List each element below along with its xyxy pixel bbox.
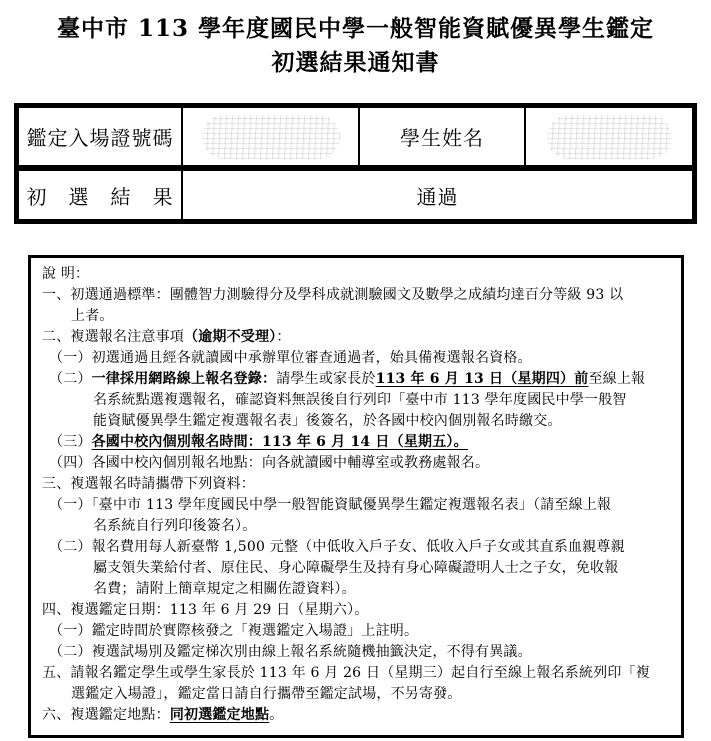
notes-box: 說 明：一、初選通過標準：團體智力測驗得分及學科成就測驗國文及數學之成績均達百分… (28, 255, 684, 738)
notes-text-segment: （四）各國中校內個別報名地點：向各就讀國中輔導室或教務處報名。 (49, 455, 489, 471)
notes-lines: 說 明：一、初選通過標準：團體智力測驗得分及學科成就測驗國文及數學之成績均達百分… (42, 264, 675, 726)
notes-text-segment: 六、複選鑑定地點： (42, 707, 170, 723)
notes-text-segment: 五、請報名鑑定學生或學生家長於 113 年 6 月 26 日（星期三）起自行至線… (42, 665, 650, 681)
notes-text-segment: 四、複選鑑定日期：113 年 6 月 29 日（星期六）。 (42, 602, 369, 618)
notes-text-segment: 能資賦優異學生鑑定複選報名表」後簽名，於各國中校內個別報名時繳交。 (93, 413, 562, 429)
notes-line: （二）報名費用每人新臺幣 1,500 元整（中低收入戶子女、低收入戶子女或其直系… (42, 537, 675, 558)
notes-text-segment: （二）複選試場別及鑑定梯次別由線上報名系統隨機抽籤決定，不得有異議。 (49, 644, 532, 660)
notes-line: （三）各國中校內個別報名時間：113 年 6 月 14 日（星期五）。 (42, 432, 675, 453)
result-table: 鑑定入場證號碼 學生姓名 初 選 結 果 通過 (14, 103, 697, 224)
notes-line: （一）鑑定時間於實際核發之「複選鑑定入場證」上註明。 (42, 621, 675, 642)
notes-line: （二）複選試場別及鑑定梯次別由線上報名系統隨機抽籤決定，不得有異議。 (42, 642, 675, 663)
notes-line: 三、複選報名時請攜帶下列資料： (42, 474, 675, 495)
notes-line: 名系統點選複選報名，確認資料無誤後自行列印「臺中市 113 學年度國民中學一般智 (42, 390, 675, 411)
redacted-entry-number (202, 115, 340, 159)
notes-line: 名費；請附上簡章規定之相關佐證資料）。 (42, 579, 675, 600)
notes-text-segment: ： (276, 329, 290, 345)
student-name-label: 學生姓名 (360, 108, 526, 171)
notes-text-segment: （二） (49, 371, 92, 387)
notes-text-segment: 名系統點選複選報名，確認資料無誤後自行列印「臺中市 113 學年度國民中學一般智 (93, 392, 627, 408)
entry-number-value-cell (183, 108, 360, 171)
notes-text-segment: 同初選鑑定地點 (170, 707, 269, 723)
notes-text-segment: 。 (269, 707, 283, 723)
notes-text-segment: （二）報名費用每人新臺幣 1,500 元整（中低收入戶子女、低收入戶子女或其直系… (49, 539, 625, 555)
notes-text-segment: 說 明： (42, 266, 89, 282)
title-line-2: 初選結果通知書 (0, 46, 711, 80)
notes-text-segment: 屬支領失業給付者、原住民、身心障礙學生及持有身心障礙證明人士之子女，免收報 (93, 560, 618, 576)
notes-line: 說 明： (42, 264, 675, 285)
notes-text-segment: （三） (49, 434, 92, 450)
notes-text-segment: 請學生或家長於 (276, 371, 375, 387)
notes-text-segment: 一律採用網路線上報名登錄： (92, 371, 277, 387)
notes-text-segment: （一）「臺中市 113 學年度國民中學一般智能資賦優異學生鑑定複選報名表」（請至… (49, 497, 611, 513)
notes-text-segment: 一、初選通過標準：團體智力測驗得分及學科成就測驗國文及數學之成績均達百分等級 9… (42, 287, 623, 303)
notes-text-segment: 名系統自行列印後簽名）。 (93, 518, 256, 534)
title-line-1: 臺中市 113 學年度國民中學一般智能資賦優異學生鑑定 (0, 12, 711, 46)
notes-line: 選鑑定入場證」，鑑定當日請自行攜帶至鑑定試場，不另寄發。 (42, 684, 675, 705)
document-title: 臺中市 113 學年度國民中學一般智能資賦優異學生鑑定 初選結果通知書 (0, 0, 711, 80)
notes-text-segment: 名費；請附上簡章規定之相關佐證資料）。 (93, 581, 356, 597)
notes-text-segment: 113 年 6 月 13 日（星期四）前 (376, 371, 589, 387)
notes-line: 名系統自行列印後簽名）。 (42, 516, 675, 537)
preliminary-result-label: 初 選 結 果 (19, 171, 183, 219)
notes-line: 五、請報名鑑定學生或學生家長於 113 年 6 月 26 日（星期三）起自行至線… (42, 663, 675, 684)
notes-text-segment: 選鑑定入場證」，鑑定當日請自行攜帶至鑑定試場，不另寄發。 (71, 686, 462, 702)
notes-text-segment: （逾期不受理） (184, 329, 276, 345)
entry-number-label: 鑑定入場證號碼 (19, 108, 183, 171)
notes-line: 四、複選鑑定日期：113 年 6 月 29 日（星期六）。 (42, 600, 675, 621)
notes-text-segment: 至線上報 (588, 371, 645, 387)
notes-text-segment: 各國中校內個別報名時間：113 年 6 月 14 日（星期五）。 (92, 434, 468, 450)
student-name-value-cell (526, 108, 692, 171)
notes-line: （一）初選通過且經各就讀國中承辦單位審查通過者，始具備複選報名資格。 (42, 348, 675, 369)
notes-line: 六、複選鑑定地點：同初選鑑定地點。 (42, 705, 675, 726)
notice-document: 臺中市 113 學年度國民中學一般智能資賦優異學生鑑定 初選結果通知書 鑑定入場… (0, 0, 711, 741)
notes-line: 一、初選通過標準：團體智力測驗得分及學科成就測驗國文及數學之成績均達百分等級 9… (42, 285, 675, 306)
notes-line: 能資賦優異學生鑑定複選報名表」後簽名，於各國中校內個別報名時繳交。 (42, 411, 675, 432)
notes-line: （四）各國中校內個別報名地點：向各就讀國中輔導室或教務處報名。 (42, 453, 675, 474)
notes-line: （一）「臺中市 113 學年度國民中學一般智能資賦優異學生鑑定複選報名表」（請至… (42, 495, 675, 516)
redacted-student-name (547, 115, 672, 159)
notes-text-segment: （一）鑑定時間於實際核發之「複選鑑定入場證」上註明。 (49, 623, 418, 639)
notes-text-segment: （一）初選通過且經各就讀國中承辦單位審查通過者，始具備複選報名資格。 (49, 350, 532, 366)
notes-line: 上者。 (42, 306, 675, 327)
notes-text-segment: 三、複選報名時請攜帶下列資料： (42, 476, 255, 492)
preliminary-result-value: 通過 (183, 171, 692, 219)
notes-line: （二）一律採用網路線上報名登錄：請學生或家長於113 年 6 月 13 日（星期… (42, 369, 675, 390)
notes-line: 二、複選報名注意事項（逾期不受理）： (42, 327, 675, 348)
notes-text-segment: 二、複選報名注意事項 (42, 329, 184, 345)
notes-text-segment: 上者。 (71, 308, 114, 324)
notes-line: 屬支領失業給付者、原住民、身心障礙學生及持有身心障礙證明人士之子女，免收報 (42, 558, 675, 579)
